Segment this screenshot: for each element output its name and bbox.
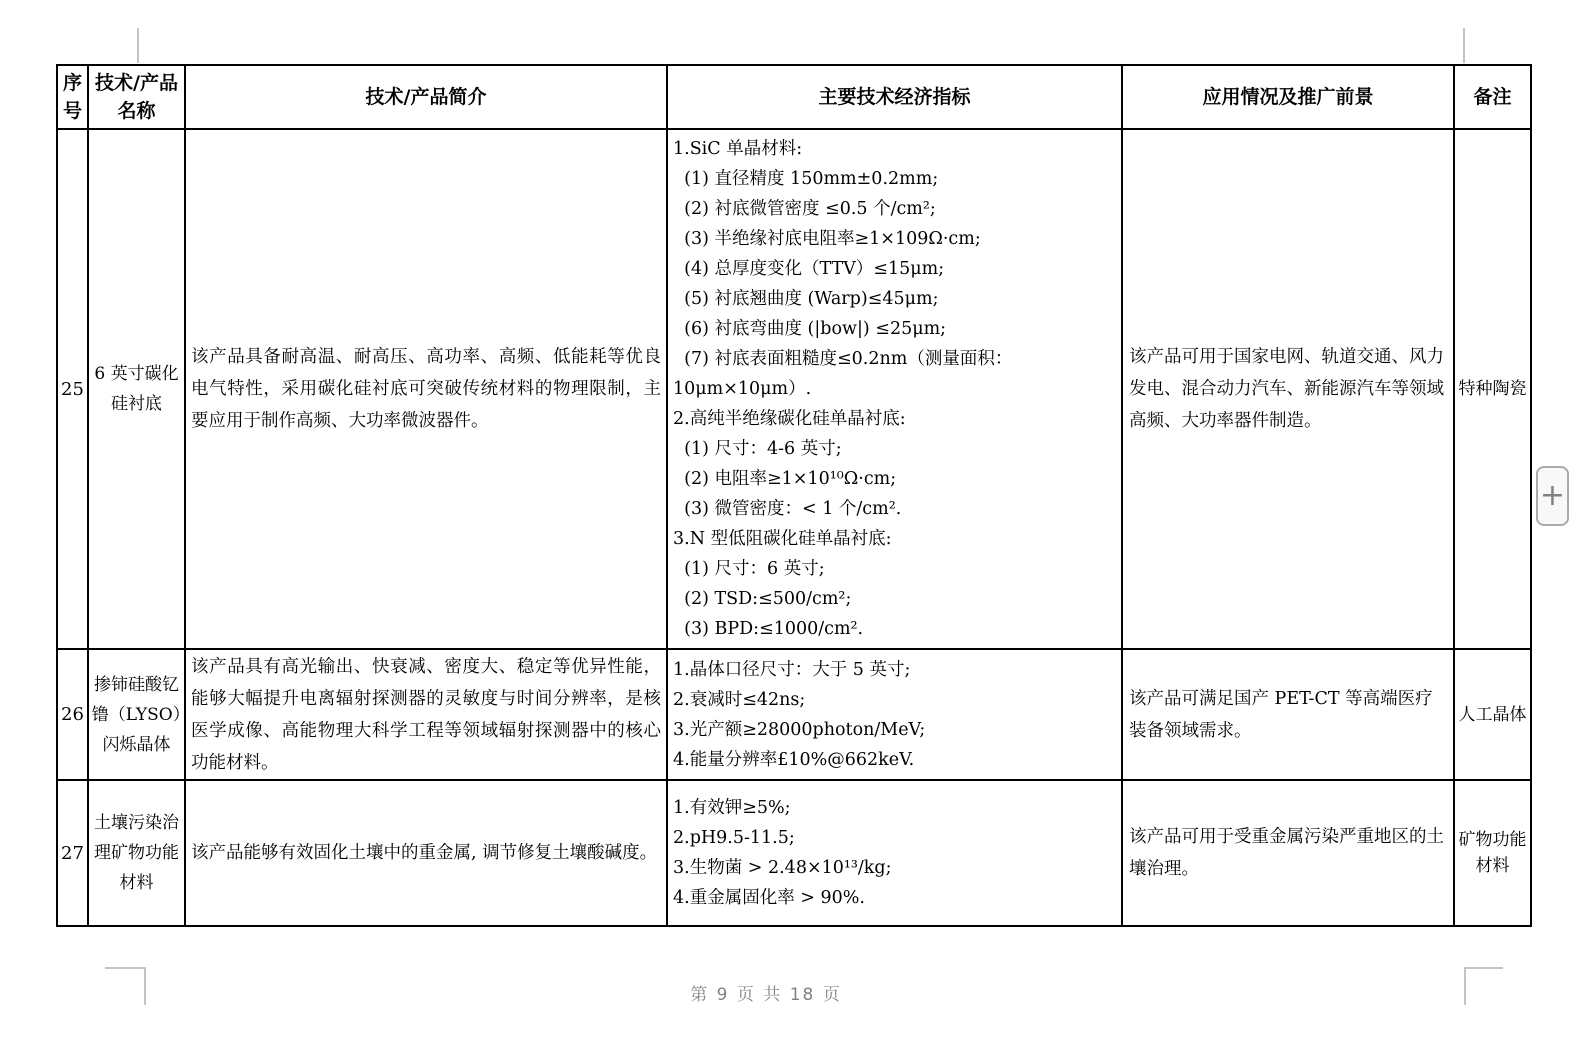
margin-mark-top-left: [137, 28, 139, 63]
cell-tech-indicators: 1.有效钾≥5%; 2.pH9.5-11.5; 3.生物菌 > 2.48×10¹…: [667, 780, 1122, 926]
header-remark: 备注: [1454, 65, 1531, 129]
product-table: 序号 技术/产品名称 技术/产品简介 主要技术经济指标 应用情况及推广前景 备注…: [56, 64, 1532, 927]
cell-serial-number: 27: [57, 780, 88, 926]
header-application: 应用情况及推广前景: [1122, 65, 1454, 129]
page-number: 第 9 页 共 18 页: [0, 980, 1532, 1005]
cell-remark: 特种陶瓷: [1454, 129, 1531, 649]
cell-tech-indicators: 1.SiC 单晶材料: (1) 直径精度 150mm±0.2mm; (2) 衬底…: [667, 129, 1122, 649]
margin-mark-top-right: [1463, 28, 1465, 63]
cell-remark: 矿物功能材料: [1454, 780, 1531, 926]
document-page: 序号 技术/产品名称 技术/产品简介 主要技术经济指标 应用情况及推广前景 备注…: [0, 0, 1594, 1062]
cell-application: 该产品可用于国家电网、轨道交通、风力发电、混合动力汽车、新能源汽车等领域高频、大…: [1122, 129, 1454, 649]
zoom-in-button[interactable]: +: [1536, 466, 1569, 526]
cell-application: 该产品可用于受重金属污染严重地区的土壤治理。: [1122, 780, 1454, 926]
table-row-27: 27 土壤污染治理矿物功能材料 该产品能够有效固化土壤中的重金属, 调节修复土壤…: [57, 780, 1531, 926]
cell-serial-number: 25: [57, 129, 88, 649]
cell-tech-indicators: 1.晶体口径尺寸：大于 5 英寸; 2.衰减时≤42ns; 3.光产额≥2800…: [667, 649, 1122, 780]
cell-product-intro: 该产品能够有效固化土壤中的重金属, 调节修复土壤酸碱度。: [185, 780, 667, 926]
table-header-row: 序号 技术/产品名称 技术/产品简介 主要技术经济指标 应用情况及推广前景 备注: [57, 65, 1531, 129]
header-product-name: 技术/产品名称: [88, 65, 185, 129]
header-product-intro: 技术/产品简介: [185, 65, 667, 129]
cell-product-name: 掺铈硅酸钇镥（LYSO）闪烁晶体: [88, 649, 185, 780]
cell-product-name: 土壤污染治理矿物功能材料: [88, 780, 185, 926]
cell-product-name: 6 英寸碳化硅衬底: [88, 129, 185, 649]
table-row-26: 26 掺铈硅酸钇镥（LYSO）闪烁晶体 该产品具有高光输出、快衰减、密度大、稳定…: [57, 649, 1531, 780]
cell-product-intro: 该产品具有高光输出、快衰减、密度大、稳定等优异性能，能够大幅提升电离辐射探测器的…: [185, 649, 667, 780]
cell-application: 该产品可满足国产 PET-CT 等高端医疗装备领域需求。: [1122, 649, 1454, 780]
table-row-25: 25 6 英寸碳化硅衬底 该产品具备耐高温、耐高压、高功率、高频、低能耗等优良电…: [57, 129, 1531, 649]
header-serial-number: 序号: [57, 65, 88, 129]
cell-remark: 人工晶体: [1454, 649, 1531, 780]
header-tech-indicators: 主要技术经济指标: [667, 65, 1122, 129]
cell-product-intro: 该产品具备耐高温、耐高压、高功率、高频、低能耗等优良电气特性，采用碳化硅衬底可突…: [185, 129, 667, 649]
cell-serial-number: 26: [57, 649, 88, 780]
